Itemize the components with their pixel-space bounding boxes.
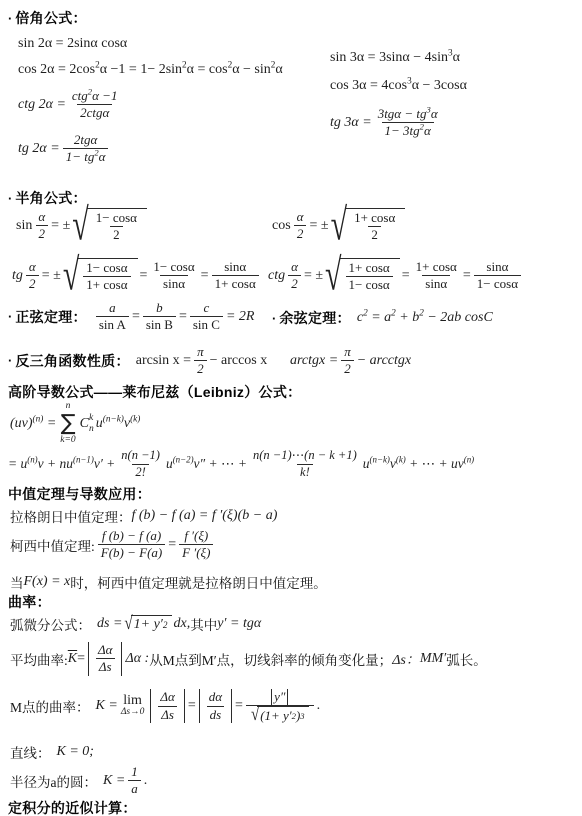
numerator: 2tgα (71, 132, 100, 148)
double-angle-heading: · 倍角公式： (8, 8, 87, 28)
formula-lhs: K = (96, 698, 118, 714)
denominator: 1− 3tg2α (382, 122, 434, 139)
formula-rhs: − arccos x (210, 353, 268, 369)
denominator: sinα (160, 275, 188, 292)
formula-text: K = 0; (57, 744, 94, 760)
function-name: ctg (268, 268, 285, 284)
numerator: c (201, 300, 213, 316)
fraction: 1+ cosα sinα (413, 259, 460, 293)
period: . (144, 773, 148, 789)
denominator: Δs (96, 658, 115, 675)
label: M点的曲率： (10, 696, 90, 716)
fraction: 1 a (128, 764, 141, 798)
fraction: f (b) − f (a) F(b) − F(a) (98, 528, 165, 562)
sqrt: √ (1+ y′2)3 (251, 706, 309, 724)
numerator: 1+ cosα (346, 260, 393, 276)
radical-icon: √ (124, 615, 132, 634)
numerator: π (194, 344, 207, 360)
denominator: 2 (288, 275, 301, 292)
fraction: π 2 (194, 344, 207, 378)
formula-text: sin 2α = 2sinα cosα (18, 36, 127, 52)
label: 弧微分公式： (10, 614, 91, 634)
label: 半径为a的圆： (10, 771, 97, 791)
formula-tail: = 2R (226, 309, 255, 325)
denominator: Δs (158, 706, 177, 723)
bullet-icon: · (8, 309, 12, 324)
sqrt: √ 1− cosα 2 (72, 208, 147, 244)
fraction: 2tgα 1− tg2α (63, 132, 109, 166)
sqrt: √ 1− cosα 1+ cosα (63, 258, 138, 294)
denominator: ds (207, 706, 225, 723)
heading-text: 高阶导数公式——莱布尼兹（Leibniz）公式： (8, 382, 301, 402)
numerator: dα (206, 689, 225, 705)
fraction: π 2 (341, 344, 354, 378)
fraction: b sin B (143, 300, 176, 334)
radical-icon: √ (63, 253, 79, 298)
denominator: 1− tg2α (63, 148, 109, 165)
denominator: 1− cosα (346, 276, 393, 293)
numerator: 1− cosα (83, 260, 130, 276)
numerator: sinα (221, 259, 249, 275)
formula-text: c2 = a2 + b2 − 2ab cosC (357, 310, 493, 326)
formula-part: u(n−2)v″ + ⋯ + (166, 456, 247, 472)
formula-lhs: tg 3α = (330, 115, 372, 131)
equals: = (168, 537, 176, 553)
circle-curvature: 半径为a的圆： K = 1 a . (10, 764, 147, 798)
label: 拉格朗日中值定理： (10, 506, 132, 526)
fraction: α 2 (288, 259, 301, 293)
formula-sheet-page: · 倍角公式： sin 2α = 2sinα cosα cos 2α = 2co… (0, 0, 582, 816)
fraction: n(n −1)⋯(n − k +1) k! (250, 448, 360, 480)
label: 柯西中值定理: (10, 535, 95, 555)
equals: = (235, 698, 243, 714)
point-curvature-line: M点的曲率： K = lim Δs→0 Δα Δs = dα ds = y″ √ (10, 688, 320, 724)
equals: = (132, 309, 140, 325)
equals: = (188, 698, 196, 714)
formula-sin3a: sin 3α = 3sinα − 4sin3α (330, 50, 460, 66)
delta-alpha: Δα : (125, 651, 149, 667)
limit: lim Δs→0 (121, 694, 145, 718)
denominator: 2 (341, 360, 354, 377)
numerator: a (106, 300, 119, 316)
fraction: Δα Δs (157, 689, 177, 723)
denominator: 2 (194, 360, 207, 377)
heading-text: 倍角公式： (15, 8, 87, 28)
denominator: 1+ cosα (212, 275, 259, 292)
sum-lower-limit: k=0 (60, 436, 75, 446)
denominator: sin C (190, 316, 223, 333)
fraction: 1+ cosα 1− cosα (346, 260, 393, 294)
numerator: ctg2α −1 (69, 88, 121, 104)
formula-tg-half: tg α 2 = ± √ 1− cosα 1+ cosα = 1− cosα s… (12, 258, 262, 294)
radicand: 1+ y′2 (131, 615, 172, 633)
straight-line-curvature: 直线： K = 0; (10, 742, 94, 762)
fraction: Δα Δs (95, 642, 115, 676)
bullet-icon: · (8, 11, 12, 26)
subscript: n (89, 424, 94, 435)
absolute-value: dα ds (199, 689, 232, 723)
numerator: α (288, 259, 301, 275)
denominator: sin B (143, 316, 176, 333)
radicand: (1+ y′2)3 (257, 706, 308, 724)
numerator: α (26, 259, 39, 275)
arc-mm: MM′ (420, 651, 446, 667)
denominator: 1+ cosα (83, 276, 130, 293)
equals-pm: = ± (310, 218, 329, 234)
formula-ctg2a: ctg 2α = ctg2α −1 2ctgα (18, 88, 123, 122)
heading-text: 正弦定理： (15, 307, 87, 327)
fraction: α 2 (35, 209, 48, 243)
denominator: 2ctgα (77, 104, 112, 121)
heading-text: 定积分的近似计算： (8, 798, 137, 816)
bullet-icon: · (272, 311, 276, 326)
sine-law: · 正弦定理： a sin A = b sin B = c sin C = 2R (8, 300, 254, 334)
numerator: 1+ cosα (413, 259, 460, 275)
denominator: F(b) − F(a) (98, 544, 165, 561)
denominator: √ (1+ y′2)3 (246, 705, 314, 724)
leibniz-heading: 高阶导数公式——莱布尼兹（Leibniz）公式： (8, 382, 301, 402)
equals-pm: = ± (42, 268, 61, 284)
numerator: f ′(ξ) (181, 528, 211, 544)
equals: = (140, 268, 148, 284)
equals: = (201, 268, 209, 284)
numerator: α (35, 209, 48, 225)
label: 直线： (10, 742, 51, 762)
sqrt: √ 1+ cosα 1− cosα (325, 258, 400, 294)
label: 平均曲率: (10, 649, 68, 669)
formula-ctg-half: ctg α 2 = ± √ 1+ cosα 1− cosα = 1+ cosα … (268, 258, 524, 294)
numerator: n(n −1)⋯(n − k +1) (250, 448, 360, 464)
formula-mid: dx, (174, 616, 191, 632)
fraction: α 2 (294, 209, 307, 243)
absolute-value: Δα Δs (150, 689, 184, 723)
denominator: 2 (294, 225, 307, 242)
formula-lhs: K = (103, 773, 125, 789)
radicand: 1+ cosα 1− cosα (340, 258, 400, 294)
sigma-icon: ∑ (61, 412, 76, 436)
radical-icon: √ (251, 706, 259, 725)
bullet-icon: · (8, 191, 12, 206)
denominator: 2 (110, 226, 123, 243)
lim-text: lim (123, 694, 142, 708)
fraction: y″ √ (1+ y′2)3 (246, 688, 314, 724)
formula-cos-half: cos α 2 = ± √ 1+ cosα 2 (272, 208, 407, 244)
radical-icon: √ (325, 253, 341, 298)
sqrt: √ 1+ y′2 (124, 615, 171, 633)
superscript: k (89, 413, 93, 424)
radical-icon: √ (72, 203, 88, 248)
denominator: a (128, 780, 141, 797)
radicand: 1− cosα 1+ cosα (77, 258, 137, 294)
formula-sin-half: sin α 2 = ± √ 1− cosα 2 (16, 208, 149, 244)
equals: = (179, 309, 187, 325)
mean-curvature-line: 平均曲率: K = Δα Δs Δα : 从M点到M′点，切线斜率的倾角变化量；… (10, 642, 487, 676)
numerator: y″ (267, 688, 292, 705)
formula-text: sin 3α = 3sinα − 4sin3α (330, 50, 460, 66)
formula-tail: y′ = tgα (217, 616, 261, 632)
absolute-value: y″ (271, 689, 288, 705)
formula-cos3a: cos 3α = 4cos3α − 3cosα (330, 78, 467, 94)
equals: = (402, 268, 410, 284)
period: . (317, 698, 321, 714)
cauchy-note: 当 F(x) = x 时，柯西中值定理就是拉格朗日中值定理。 (10, 572, 327, 592)
lagrange-line: 拉格朗日中值定理： f (b) − f (a) = f ′(ξ)(b − a) (10, 506, 277, 526)
note-text: 当 (10, 572, 24, 592)
delta-s: Δs： (392, 649, 420, 669)
lim-subscript: Δs→0 (121, 708, 145, 718)
note-math: F(x) = x (24, 574, 71, 590)
numerator: 1+ cosα (351, 210, 398, 226)
numerator: π (341, 344, 354, 360)
formula-lhs: tg 2α = (18, 141, 60, 157)
fraction: f ′(ξ) F ′(ξ) (179, 528, 213, 562)
formula-cos2a: cos 2α = 2cos2α −1 = 1− 2sin2α = cos2α −… (18, 62, 283, 78)
note-text: 时，柯西中值定理就是拉格朗日中值定理。 (70, 572, 327, 592)
denominator: 1− cosα (474, 275, 521, 292)
formula-rhs: − arcctgx (357, 353, 411, 369)
inverse-trig: · 反三角函数性质： arcsin x = π 2 − arccos x (8, 344, 267, 378)
numerator: 1− cosα (150, 259, 197, 275)
fraction: ctg2α −1 2ctgα (69, 88, 121, 122)
numerator: sinα (483, 259, 511, 275)
leibniz-expansion-line: = u(n)v + nu(n−1)v′ + n(n −1) 2! u(n−2)v… (8, 448, 474, 480)
explanation-text: 弧长。 (446, 649, 487, 669)
function-name: tg (12, 268, 23, 284)
formula-tg2a: tg 2α = 2tgα 1− tg2α (18, 132, 111, 166)
fraction: a sin A (96, 300, 129, 334)
inline-text: 其中 (190, 614, 217, 634)
fraction: 1− cosα 2 (93, 210, 140, 244)
fraction: sinα 1+ cosα (212, 259, 259, 293)
heading-text: 曲率： (8, 592, 51, 612)
heading-text: 余弦定理： (279, 308, 351, 328)
mvt-heading: 中值定理与导数应用： (8, 484, 151, 504)
inverse-trig-2: arctgx = π 2 − arcctgx (290, 344, 411, 378)
fraction: dα ds (206, 689, 225, 723)
formula-text: cos 3α = 4cos3α − 3cosα (330, 78, 467, 94)
numerator: α (294, 209, 307, 225)
binomial-base: C (80, 416, 89, 432)
denominator: 2 (368, 226, 381, 243)
denominator: sinα (422, 275, 450, 292)
numerator: 1− cosα (93, 210, 140, 226)
denominator: k! (297, 464, 313, 481)
equals-pm: = ± (51, 218, 70, 234)
fraction: 1+ cosα 2 (351, 210, 398, 244)
fraction: 1− cosα sinα (150, 259, 197, 293)
summation: n ∑ k=0 (60, 402, 75, 445)
absolute-value: Δα Δs (88, 642, 122, 676)
fraction: 1− cosα 1+ cosα (83, 260, 130, 294)
denominator: sin A (96, 316, 129, 333)
sqrt: √ 1+ cosα 2 (331, 208, 406, 244)
equals-pm: = ± (304, 268, 323, 284)
numerator: 3tgα − tg3α (375, 106, 441, 122)
explanation-text: 从M点到M′点，切线斜率的倾角变化量； (149, 649, 392, 669)
fraction: sinα 1− cosα (474, 259, 521, 293)
formula-part: u(n−k)v(k) + ⋯ + uv(n) (363, 456, 474, 472)
formula-lhs: arcsin x = (136, 353, 191, 369)
k-bar: K (68, 651, 77, 667)
formula-sin2a: sin 2α = 2sinα cosα (18, 36, 127, 52)
numerator: 1 (128, 764, 141, 780)
formula-lhs: ds = (97, 616, 122, 632)
formula-part: = u(n)v + nu(n−1)v′ + (8, 456, 115, 472)
bullet-icon: · (8, 353, 12, 368)
radical-icon: √ (331, 203, 347, 248)
denominator: 2! (132, 464, 148, 481)
denominator: 2 (36, 225, 49, 242)
denominator: F ′(ξ) (179, 544, 213, 561)
radicand: 1+ cosα 2 (345, 208, 405, 244)
equals: = (77, 651, 85, 667)
denominator: 2 (26, 275, 39, 292)
formula-rhs: u(n−k)v(k) (96, 416, 141, 432)
arc-differential-line: 弧微分公式： ds = √ 1+ y′2 dx, 其中 y′ = tgα (10, 614, 261, 634)
numerator: f (b) − f (a) (99, 528, 164, 544)
heading-text: 反三角函数性质： (15, 351, 129, 371)
fraction: α 2 (26, 259, 39, 293)
formula-lhs: ctg 2α = (18, 97, 66, 113)
fraction: n(n −1) 2! (118, 448, 163, 480)
binomial-scripts: k n (89, 413, 94, 435)
numerator: b (153, 300, 166, 316)
leibniz-sum-line: (uv)(n) = n ∑ k=0 C k n u(n−k)v(k) (10, 402, 140, 445)
numerator: Δα (95, 642, 115, 658)
function-name: cos (272, 218, 291, 234)
radicand: 1− cosα 2 (87, 208, 147, 244)
numerator: n(n −1) (118, 448, 163, 464)
heading-text: 中值定理与导数应用： (8, 484, 151, 504)
formula-text: cos 2α = 2cos2α −1 = 1− 2sin2α = cos2α −… (18, 62, 283, 78)
curvature-heading: 曲率： (8, 592, 51, 612)
numerator: Δα (157, 689, 177, 705)
formula-lhs: (uv)(n) = (10, 416, 56, 432)
equals: = (463, 268, 471, 284)
formula-lhs: arctgx = (290, 353, 338, 369)
formula-tg3a: tg 3α = 3tgα − tg3α 1− 3tg2α (330, 106, 444, 140)
cosine-law: · 余弦定理： c2 = a2 + b2 − 2ab cosC (272, 308, 493, 328)
formula-text: f (b) − f (a) = f ′(ξ)(b − a) (132, 508, 278, 524)
fraction: c sin C (190, 300, 223, 334)
cauchy-line: 柯西中值定理: f (b) − f (a) F(b) − F(a) = f ′(… (10, 528, 216, 562)
fraction: 3tgα − tg3α 1− 3tg2α (375, 106, 441, 140)
function-name: sin (16, 218, 32, 234)
definite-integral-heading: 定积分的近似计算： (8, 798, 137, 816)
